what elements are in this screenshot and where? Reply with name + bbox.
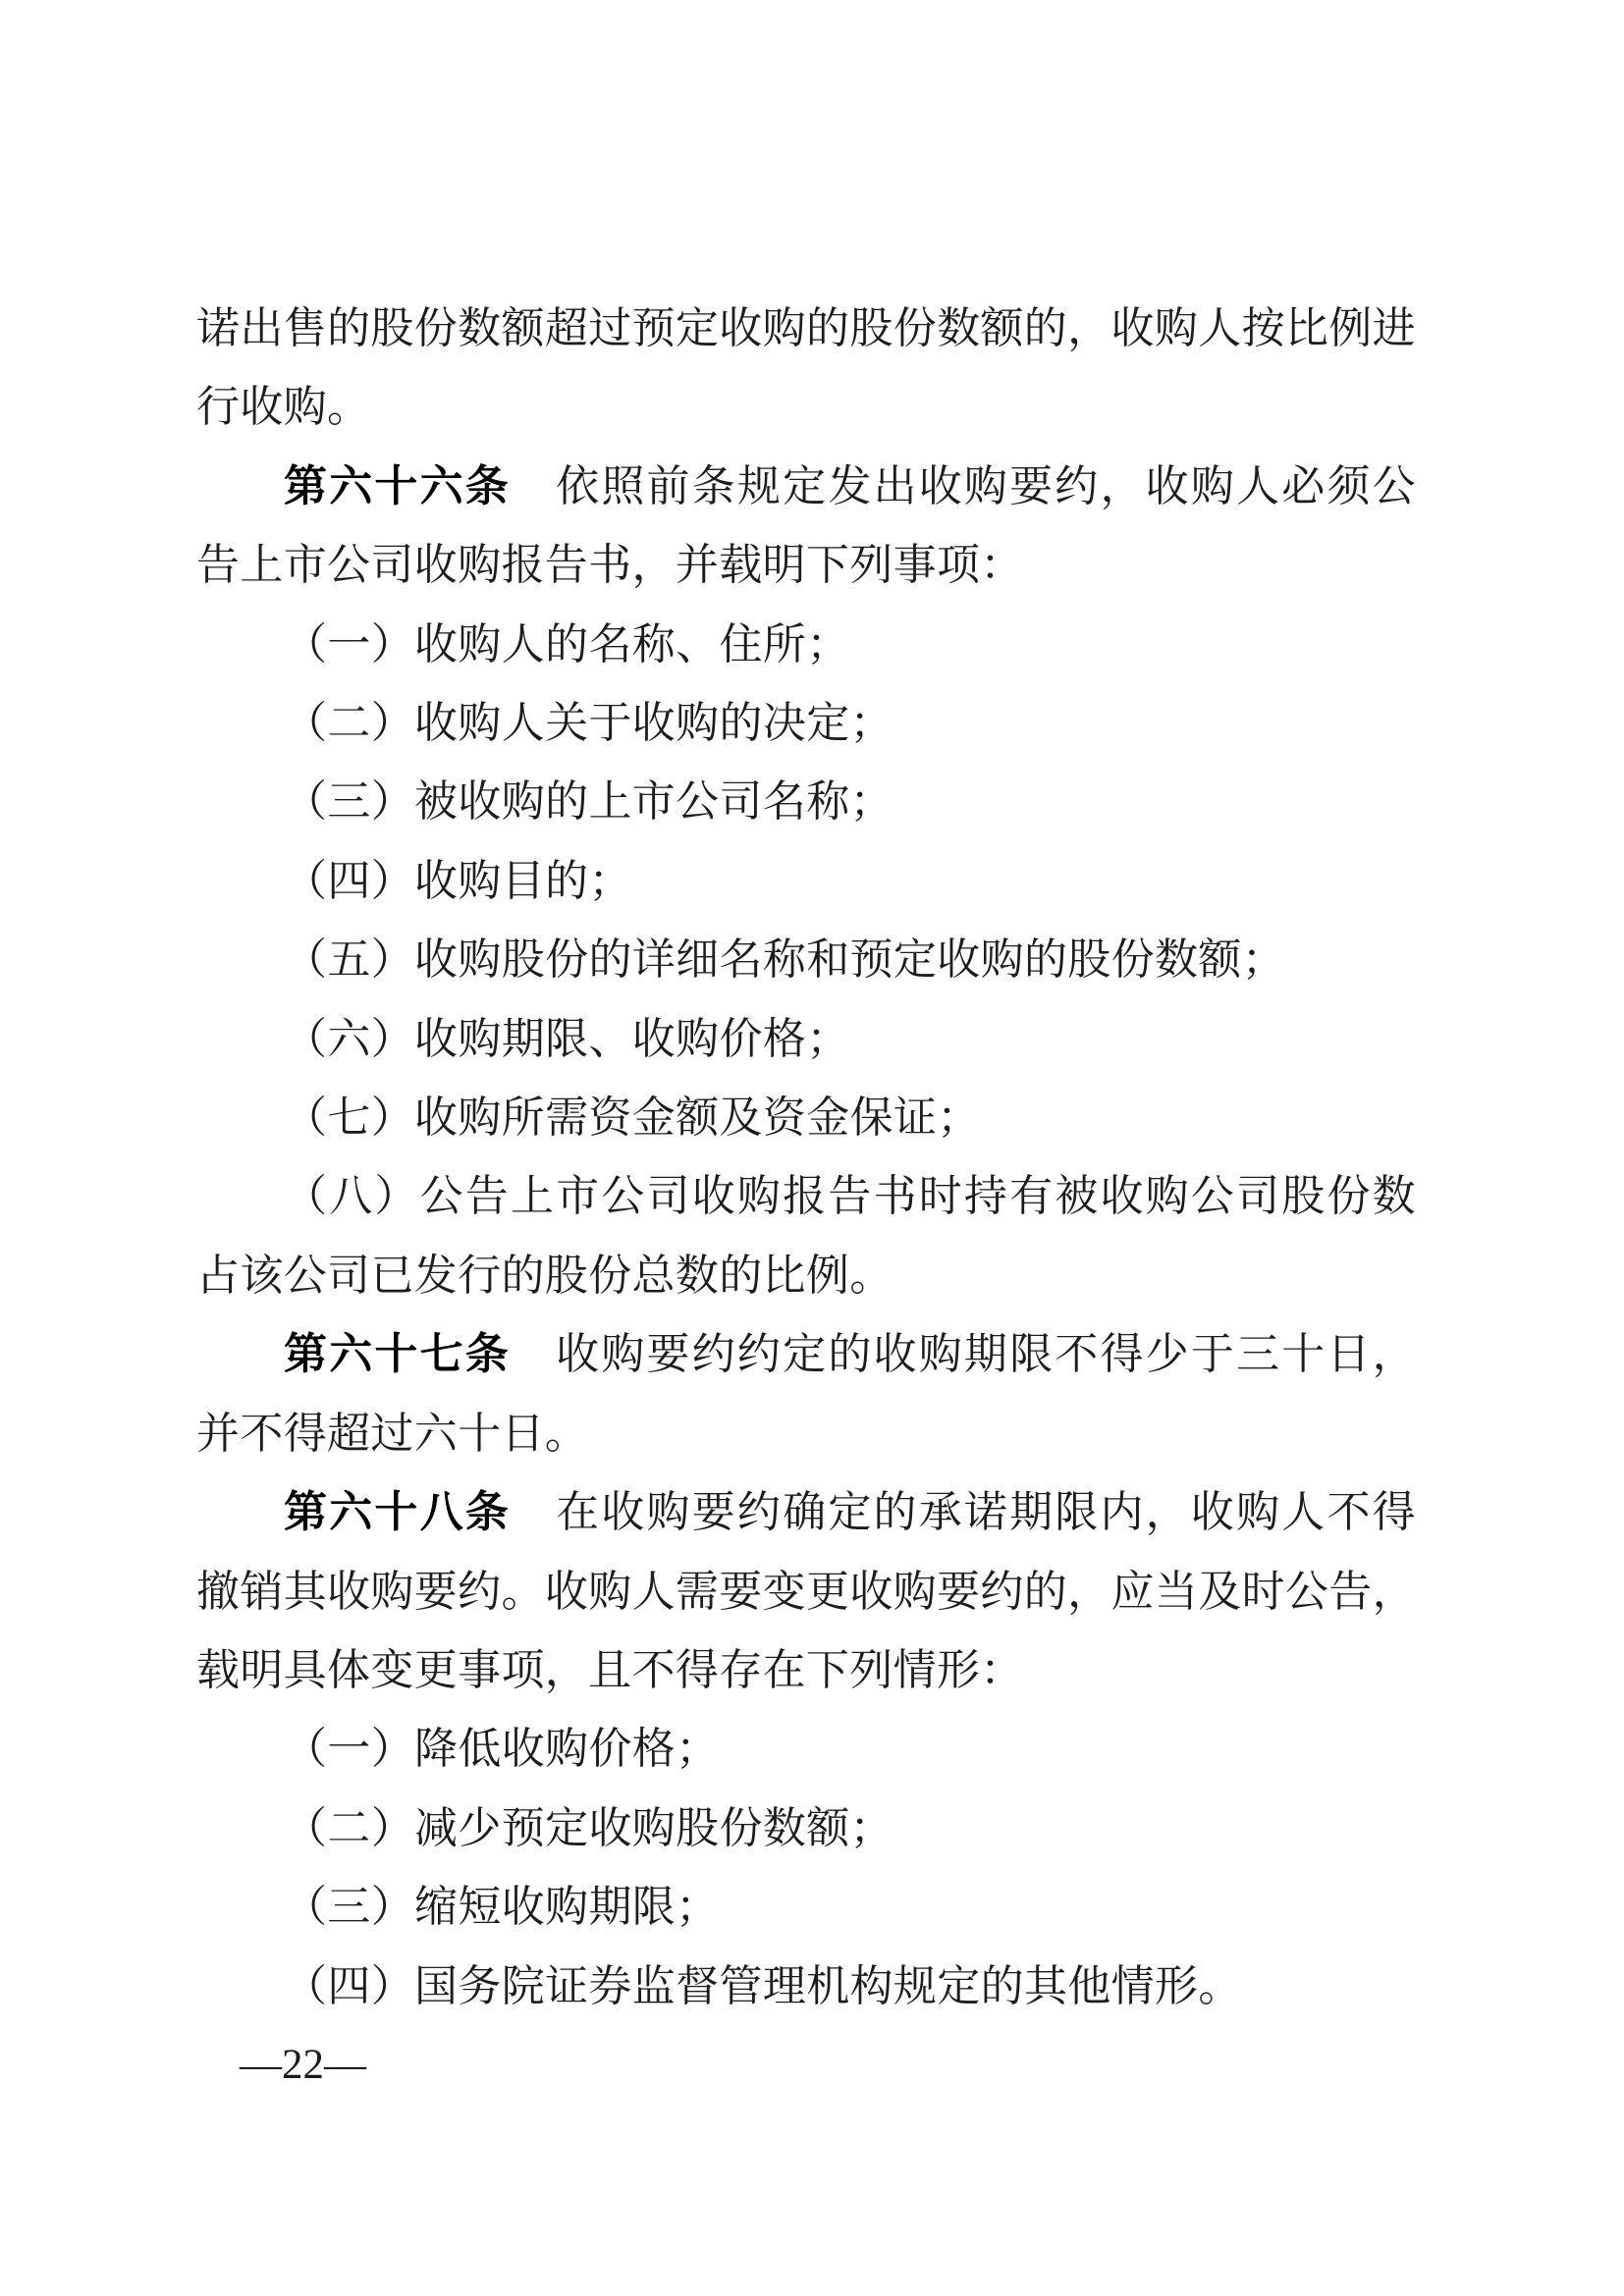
article-number: 第六十八条 (284, 1488, 511, 1536)
body-paragraph: （二）减少预定收购股份数额； (196, 1789, 1416, 1868)
body-paragraph: （七）收购所需资金额及资金保证； (196, 1079, 1416, 1157)
body-paragraph: （八）公告上市公司收购报告书时持有被收购公司股份数占该公司已发行的股份总数的比例… (196, 1157, 1416, 1315)
body-paragraph: （四）收购目的； (196, 842, 1416, 921)
body-paragraph: （四）国务院证券监督管理机构规定的其他情形。 (196, 1948, 1416, 2026)
body-paragraph: （一）收购人的名称、住所； (196, 606, 1416, 684)
article-paragraph: 第六十六条 依照前条规定发出收购要约，收购人必须公告上市公司收购报告书，并载明下… (196, 448, 1416, 606)
document-page: 诺出售的股份数额超过预定收购的股份数额的，收购人按比例进行收购。第六十六条 依照… (0, 0, 1624, 2296)
article-number: 第六十六条 (284, 462, 511, 510)
document-body: 诺出售的股份数额超过预定收购的股份数额的，收购人按比例进行收购。第六十六条 依照… (196, 290, 1416, 2026)
article-paragraph: 第六十八条 在收购要约确定的承诺期限内，收购人不得撤销其收购要约。收购人需要变更… (196, 1473, 1416, 1710)
body-paragraph: （三）被收购的上市公司名称； (196, 763, 1416, 841)
body-paragraph: （六）收购期限、收购价格； (196, 1000, 1416, 1079)
article-number: 第六十七条 (284, 1330, 511, 1378)
page-footer: —22— (240, 2042, 366, 2089)
article-paragraph: 第六十七条 收购要约约定的收购期限不得少于三十日，并不得超过六十日。 (196, 1315, 1416, 1473)
body-paragraph: （五）收购股份的详细名称和预定收购的股份数额； (196, 921, 1416, 999)
body-paragraph: （一）降低收购价格； (196, 1710, 1416, 1789)
page-number: —22— (240, 2042, 366, 2088)
body-paragraph: （二）收购人关于收购的决定； (196, 684, 1416, 763)
body-paragraph: （三）缩短收购期限； (196, 1868, 1416, 1947)
body-paragraph: 诺出售的股份数额超过预定收购的股份数额的，收购人按比例进行收购。 (196, 290, 1416, 448)
